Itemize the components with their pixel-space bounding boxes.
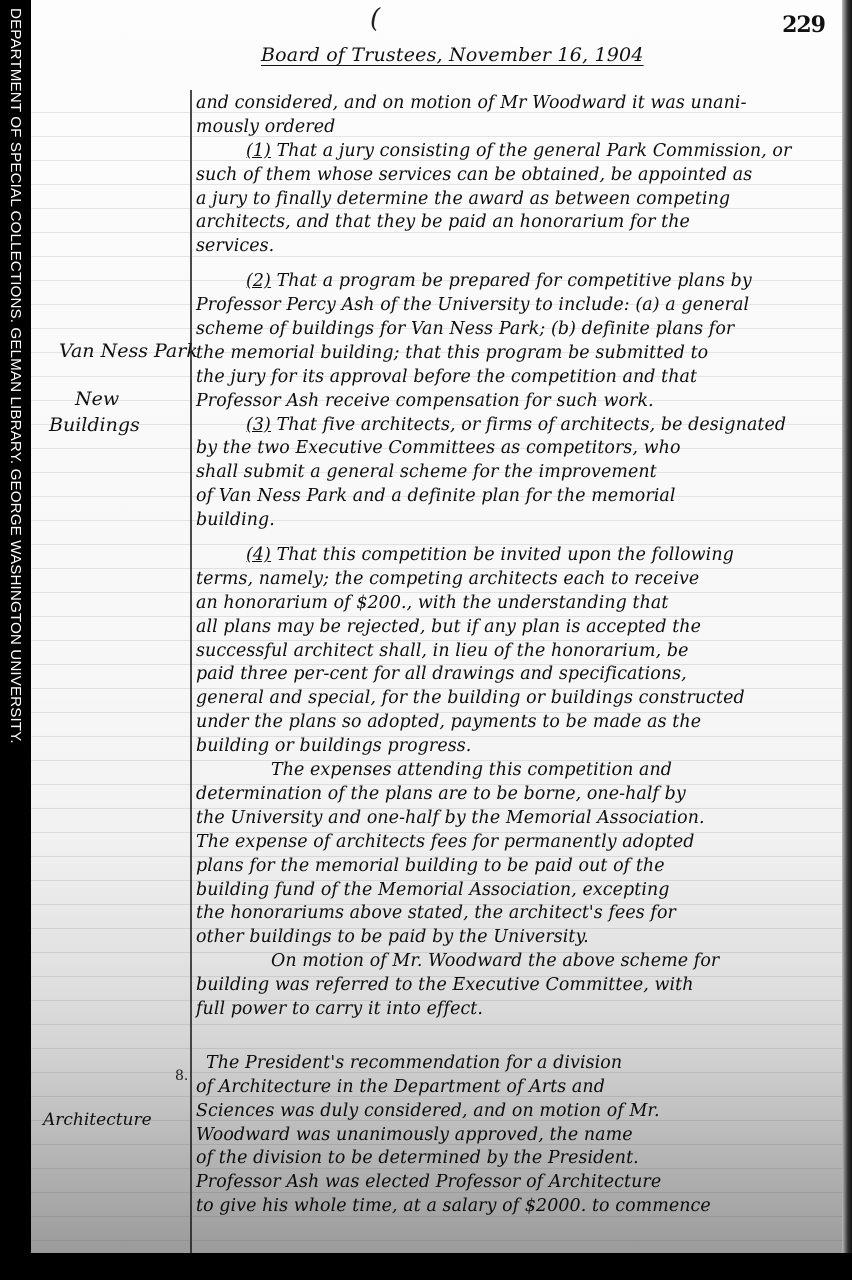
text-line: building.	[196, 509, 846, 533]
text-line: the memorial building; that this program…	[196, 342, 846, 366]
text-line: the jury for its approval before the com…	[196, 366, 846, 390]
text-line: building or buildings progress.	[196, 735, 846, 759]
text-line: all plans may be rejected, but if any pl…	[196, 616, 846, 640]
text-line: plans for the memorial building to be pa…	[196, 855, 846, 879]
text-line: full power to carry it into effect.	[196, 998, 846, 1022]
text-line: such of them whose services can be obtai…	[196, 164, 846, 188]
margin-note-van-ness-park: Van Ness Park	[59, 340, 198, 362]
text-line: the honorariums above stated, the archit…	[196, 902, 846, 926]
text-line: On motion of Mr. Woodward the above sche…	[196, 950, 846, 974]
text-line: of the division to be determined by the …	[196, 1147, 846, 1171]
text-line: under the plans so adopted, payments to …	[196, 711, 846, 735]
item-number: (2)	[246, 271, 271, 291]
text-line: to give his whole time, at a salary of $…	[196, 1195, 846, 1219]
text-line: shall submit a general scheme for the im…	[196, 461, 846, 485]
text-line: The expenses attending this competition …	[196, 759, 846, 783]
margin-note-new: New	[75, 388, 119, 410]
item-number: (4)	[246, 545, 271, 565]
text-line: mously ordered	[196, 116, 846, 140]
text-line: architects, and that they be paid an hon…	[196, 211, 846, 235]
text-line: general and special, for the building or…	[196, 687, 846, 711]
text-line: by the two Executive Committees as compe…	[196, 437, 846, 461]
page-heading: Board of Trustees, November 16, 1904	[261, 44, 644, 66]
section-number: 8.	[175, 1068, 188, 1084]
page-number: 229	[782, 12, 825, 38]
text-line: paid three per-cent for all drawings and…	[196, 663, 846, 687]
scan-bottom-border	[0, 1253, 852, 1280]
item-number: (1)	[246, 141, 271, 161]
minutes-body: and considered, and on motion of Mr Wood…	[196, 92, 846, 1219]
text-line: other buildings to be paid by the Univer…	[196, 926, 846, 950]
text-line: scheme of buildings for Van Ness Park; (…	[196, 318, 846, 342]
text-line: The expense of architects fees for perma…	[196, 831, 846, 855]
resolution-item-4: (4) That this competition be invited upo…	[196, 544, 846, 568]
text-line: Professor Ash receive compensation for s…	[196, 390, 846, 414]
archive-credit-text: DEPARTMENT OF SPECIAL COLLECTIONS. GELMA…	[3, 8, 27, 744]
archive-credit-strip: DEPARTMENT OF SPECIAL COLLECTIONS. GELMA…	[0, 0, 31, 1280]
ledger-page: ( 229 Board of Trustees, November 16, 19…	[31, 0, 847, 1253]
text-line: building was referred to the Executive C…	[196, 974, 846, 998]
text-line: Woodward was unanimously approved, the n…	[196, 1124, 846, 1148]
resolution-item-2: (2) That a program be prepared for compe…	[196, 270, 846, 294]
resolution-item-1: (1) That a jury consisting of the genera…	[196, 140, 846, 164]
text-line: Professor Ash was elected Professor of A…	[196, 1171, 846, 1195]
text-line: of Van Ness Park and a definite plan for…	[196, 485, 846, 509]
ruled-line	[31, 1240, 847, 1241]
text-line: successful architect shall, in lieu of t…	[196, 640, 846, 664]
resolution-item-3: (3) That five architects, or firms of ar…	[196, 414, 846, 438]
text-line: the University and one-half by the Memor…	[196, 807, 846, 831]
text-line: That a jury consisting of the general Pa…	[277, 141, 792, 161]
margin-rule	[190, 90, 192, 1253]
text-line: terms, namely; the competing architects …	[196, 568, 846, 592]
text-line: a jury to finally determine the award as…	[196, 188, 846, 212]
text-line: Professor Percy Ash of the University to…	[196, 294, 846, 318]
text-line: determination of the plans are to be bor…	[196, 783, 846, 807]
text-line: building fund of the Memorial Associatio…	[196, 879, 846, 903]
text-line: services.	[196, 235, 846, 259]
text-line: That five architects, or firms of archit…	[277, 415, 787, 435]
text-line: That a program be prepared for competiti…	[277, 271, 752, 291]
text-line: and considered, and on motion of Mr Wood…	[196, 92, 846, 116]
bracket-mark: (	[370, 4, 380, 34]
text-line: The President's recommendation for a div…	[196, 1052, 846, 1076]
margin-note-buildings: Buildings	[49, 414, 140, 436]
text-line: an honorarium of $200., with the underst…	[196, 592, 846, 616]
margin-note-architecture: Architecture	[43, 1110, 152, 1130]
text-line: That this competition be invited upon th…	[277, 545, 734, 565]
text-line: Sciences was duly considered, and on mot…	[196, 1100, 846, 1124]
item-number: (3)	[246, 415, 271, 435]
text-line: of Architecture in the Department of Art…	[196, 1076, 846, 1100]
